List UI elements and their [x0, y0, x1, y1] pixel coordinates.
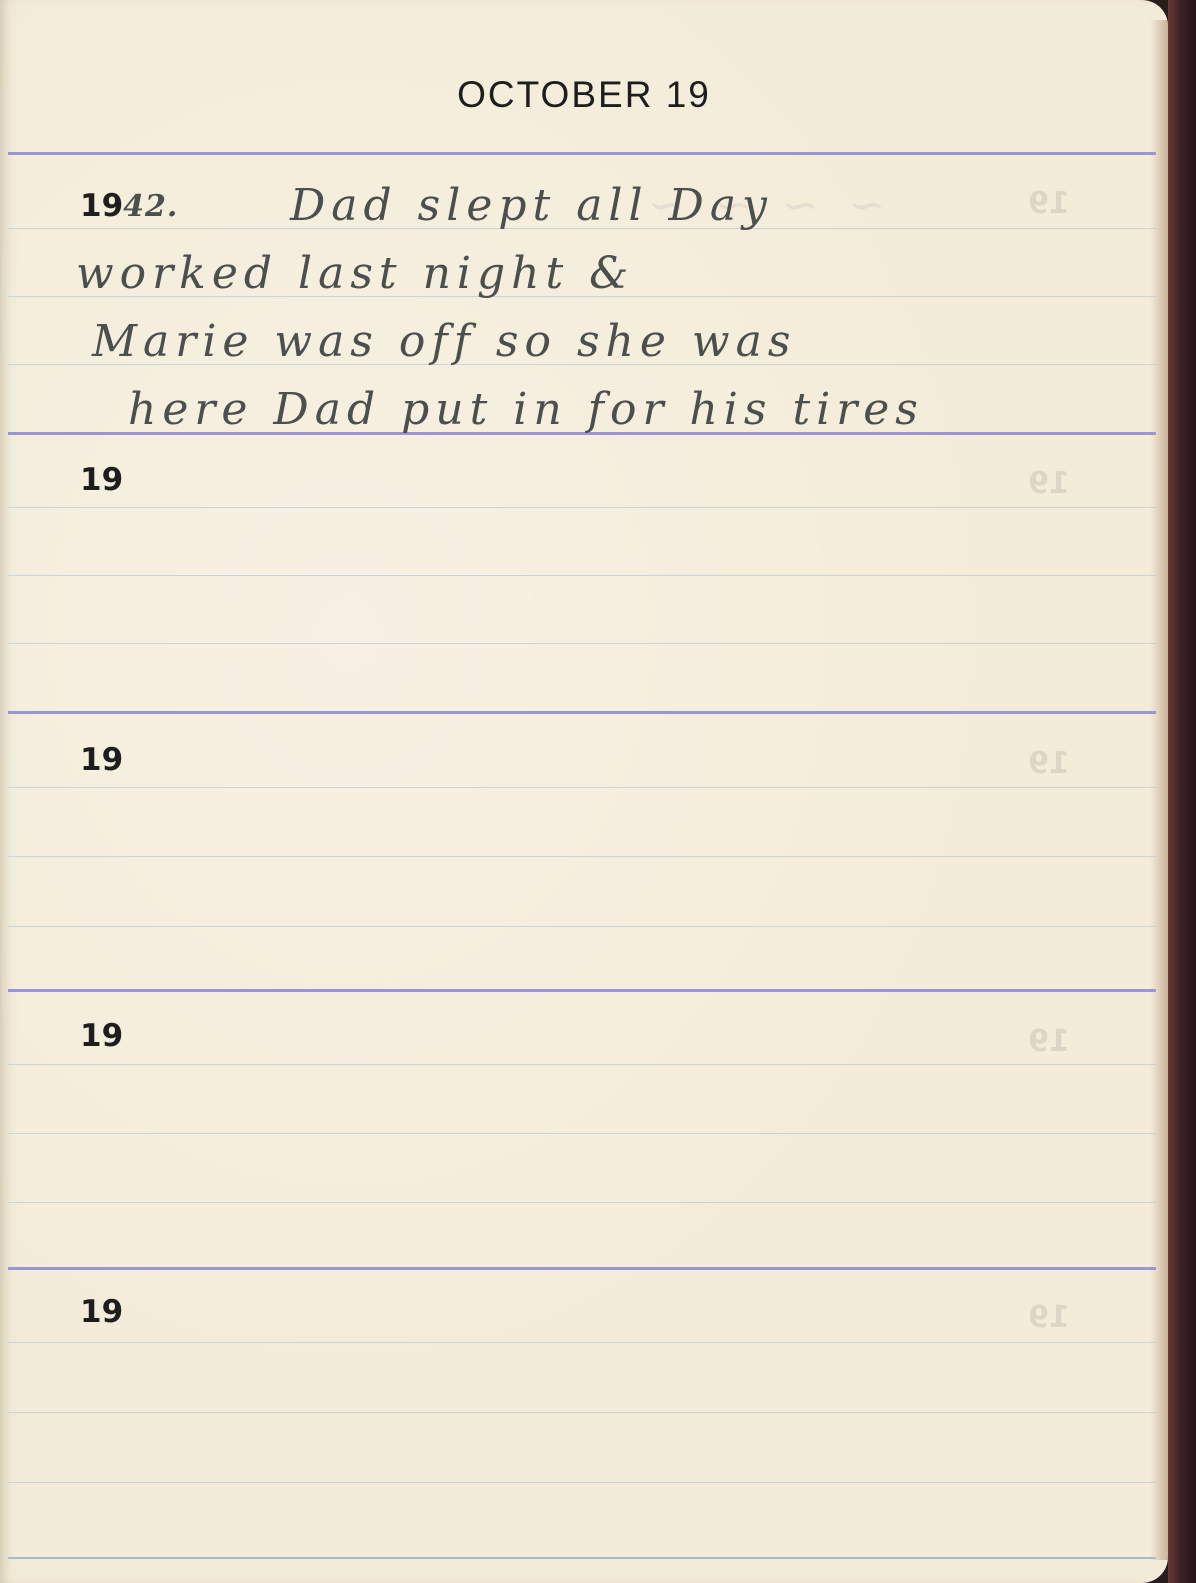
writing-line: [8, 856, 1156, 857]
section-rule: [8, 1267, 1156, 1270]
entry-year-label: 19: [80, 742, 123, 778]
diary-page: OCTOBER 19 ~ ~ ~ ~ 19 19 19 19 19 1942. …: [0, 0, 1168, 1583]
writing-line: [8, 575, 1156, 576]
entry-line: here Dad put in for his tires: [128, 384, 924, 435]
year-suffix-handwritten: 42.: [123, 189, 178, 224]
entry-line: Marie was off so she was: [92, 316, 796, 367]
entry-year-label: 19: [80, 1018, 123, 1054]
reverse-year-label: 19: [1028, 746, 1070, 781]
reverse-year-label: 19: [1028, 186, 1070, 221]
writing-line: [8, 1064, 1156, 1065]
date-heading-text: OCTOBER 19: [457, 74, 711, 115]
writing-line: [8, 643, 1156, 644]
entry-year-label: 1942.: [80, 188, 178, 224]
writing-line: [8, 926, 1156, 927]
entry-year-label: 19: [80, 1294, 123, 1330]
writing-line: [8, 507, 1156, 508]
entry-line: worked last night &: [76, 248, 634, 299]
writing-line: [8, 1202, 1156, 1203]
reverse-year-label: 19: [1028, 1024, 1070, 1059]
section-rule: [8, 711, 1156, 714]
reverse-year-label: 19: [1028, 1300, 1070, 1335]
page-edge-shadow: [1150, 20, 1168, 1560]
bottom-rule: [8, 1557, 1156, 1559]
writing-line: [8, 1412, 1156, 1413]
entry-year-label: 19: [80, 462, 123, 498]
writing-line: [8, 1342, 1156, 1343]
section-rule: [8, 152, 1156, 155]
section-rule: [8, 989, 1156, 992]
date-heading: OCTOBER 19: [0, 74, 1168, 116]
year-prefix: 19: [80, 188, 123, 224]
writing-line: [8, 787, 1156, 788]
writing-line: [8, 1482, 1156, 1483]
entry-line: Dad slept all Day: [290, 180, 773, 231]
writing-line: [8, 1133, 1156, 1134]
reverse-year-label: 19: [1028, 466, 1070, 501]
diary-cover-edge: [1168, 0, 1196, 1583]
